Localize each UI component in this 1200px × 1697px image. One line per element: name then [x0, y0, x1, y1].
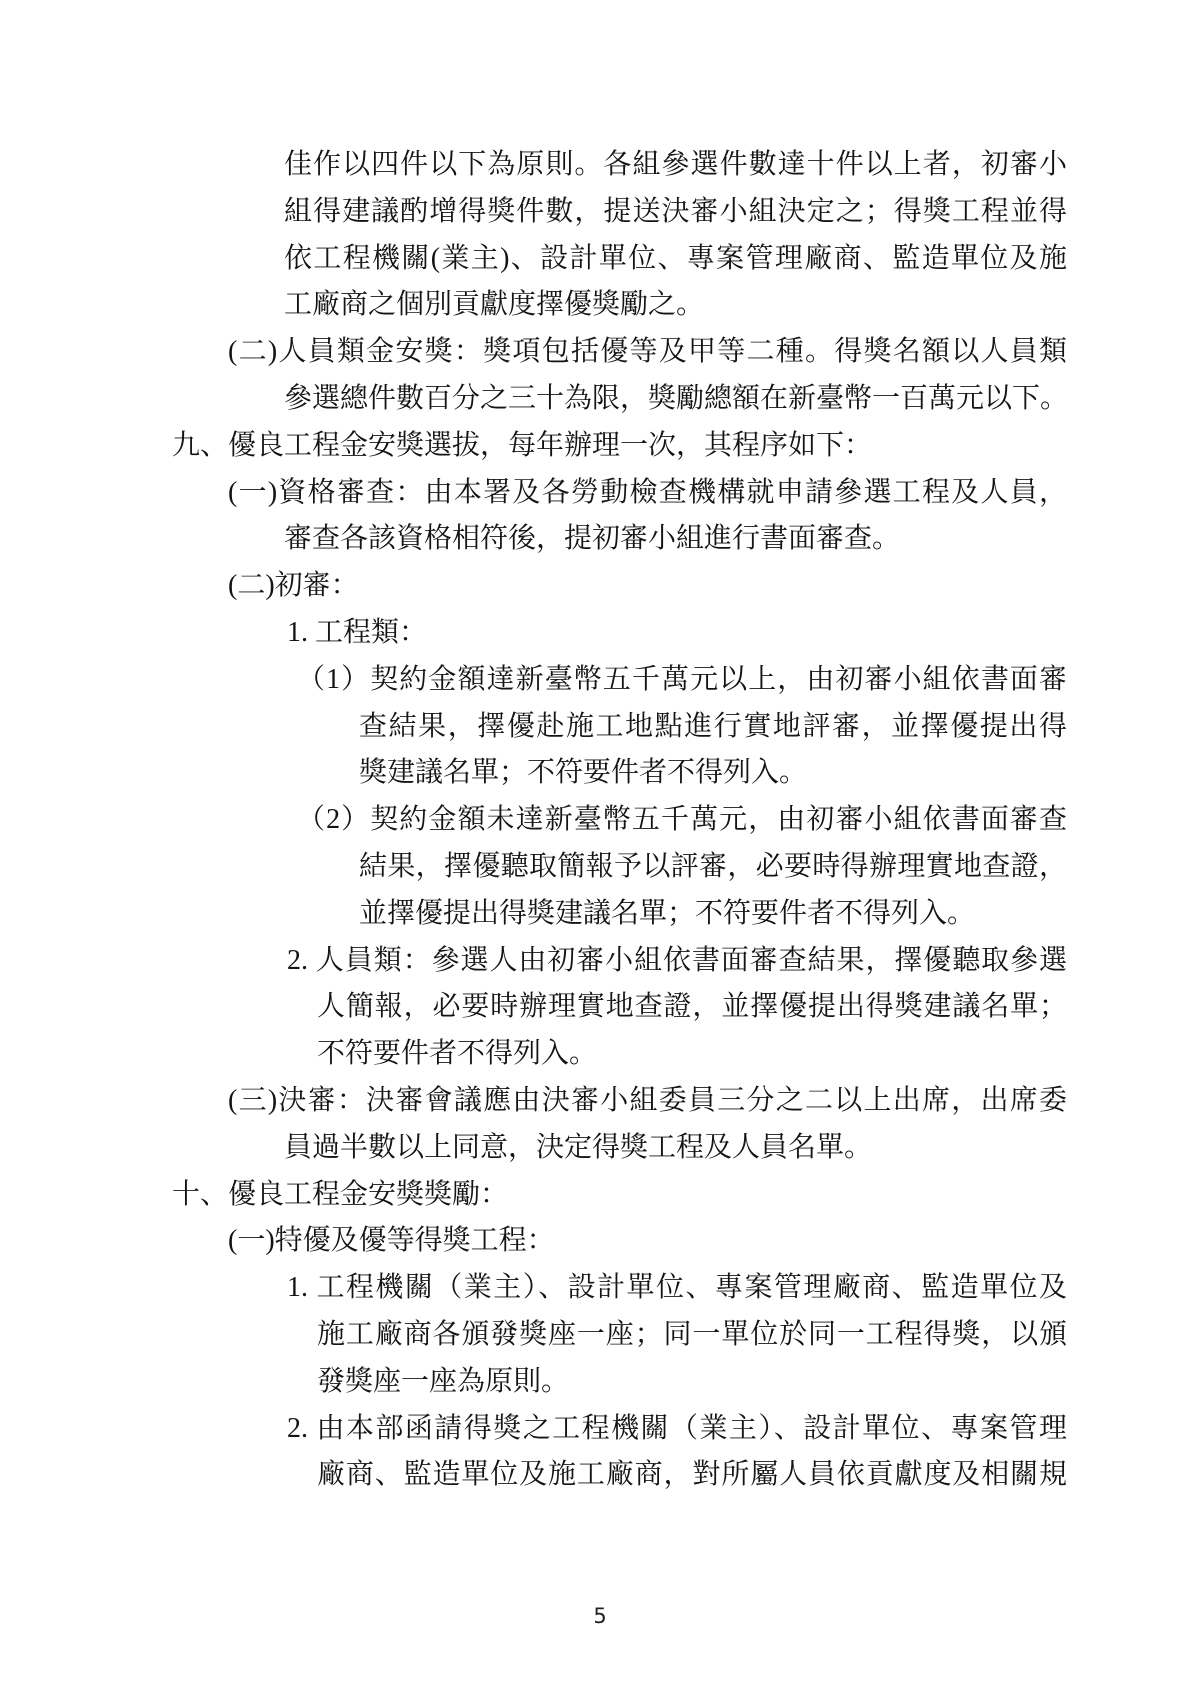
text-line: （2）契約金額未達新臺幣五千萬元，由初審小組依書面審查 — [297, 797, 1067, 844]
text-line: 參選總件數百分之三十為限，獎勵總額在新臺幣一百萬元以下。 — [284, 376, 1200, 423]
text-line: 十、優良工程金安獎獎勵： — [172, 1172, 1200, 1219]
text-line: 佳作以四件以下為原則。各組參選件數達十件以上者，初審小 — [284, 142, 1067, 189]
text-line: (二)初審： — [228, 563, 1200, 610]
text-line: 不符要件者不得列入。 — [317, 1031, 1200, 1078]
text-line: 九、優良工程金安獎選拔，每年辦理一次，其程序如下： — [172, 423, 1200, 470]
text-line: 查結果，擇優赴施工地點進行實地評審，並擇優提出得 — [359, 704, 1067, 751]
text-line: 發獎座一座為原則。 — [317, 1359, 1200, 1406]
text-line: 1. 工程類： — [287, 610, 1200, 657]
text-line: 人簡報，必要時辦理實地查證，並擇優提出得獎建議名單； — [317, 984, 1067, 1031]
document-page: 佳作以四件以下為原則。各組參選件數達十件以上者，初審小 組得建議酌增得獎件數，提… — [0, 0, 1200, 1697]
text-line: 2. 人員類：參選人由初審小組依書面審查結果，擇優聽取參選 — [287, 938, 1067, 985]
page-footer: 5 — [0, 1604, 1200, 1628]
text-line: （1）契約金額達新臺幣五千萬元以上，由初審小組依書面審 — [297, 657, 1067, 704]
text-line: 廠商、監造單位及施工廠商，對所屬人員依貢獻度及相關規 — [317, 1452, 1067, 1499]
text-line: 2. 由本部函請得獎之工程機關（業主）、設計單位、專案管理 — [287, 1406, 1067, 1453]
text-line: 1. 工程機關（業主）、設計單位、專案管理廠商、監造單位及 — [287, 1265, 1067, 1312]
text-line: 結果，擇優聽取簡報予以評審，必要時得辦理實地查證， — [359, 844, 1067, 891]
document-body: 佳作以四件以下為原則。各組參選件數達十件以上者，初審小 組得建議酌增得獎件數，提… — [0, 142, 1200, 1499]
text-line: 獎建議名單；不符要件者不得列入。 — [359, 750, 1200, 797]
text-line: (三)決審：決審會議應由決審小組委員三分之二以上出席，出席委 — [228, 1078, 1067, 1125]
text-line: (二)人員類金安獎：獎項包括優等及甲等二種。得獎名額以人員類 — [228, 329, 1067, 376]
text-line: 依工程機關(業主)、設計單位、專案管理廠商、監造單位及施 — [284, 236, 1067, 283]
text-line: 員過半數以上同意，決定得獎工程及人員名單。 — [284, 1125, 1200, 1172]
text-line: 審查各該資格相符後，提初審小組進行書面審查。 — [284, 516, 1200, 563]
text-line: 工廠商之個別貢獻度擇優獎勵之。 — [284, 282, 1200, 329]
text-line: (一)特優及優等得獎工程： — [228, 1218, 1200, 1265]
text-line: (一)資格審查：由本署及各勞動檢查機構就申請參選工程及人員， — [228, 470, 1067, 517]
text-line: 組得建議酌增得獎件數，提送決審小組決定之；得獎工程並得 — [284, 189, 1067, 236]
page-number: 5 — [593, 1604, 606, 1628]
text-line: 施工廠商各頒發獎座一座；同一單位於同一工程得獎，以頒 — [317, 1312, 1067, 1359]
text-line: 並擇優提出得獎建議名單；不符要件者不得列入。 — [359, 891, 1200, 938]
